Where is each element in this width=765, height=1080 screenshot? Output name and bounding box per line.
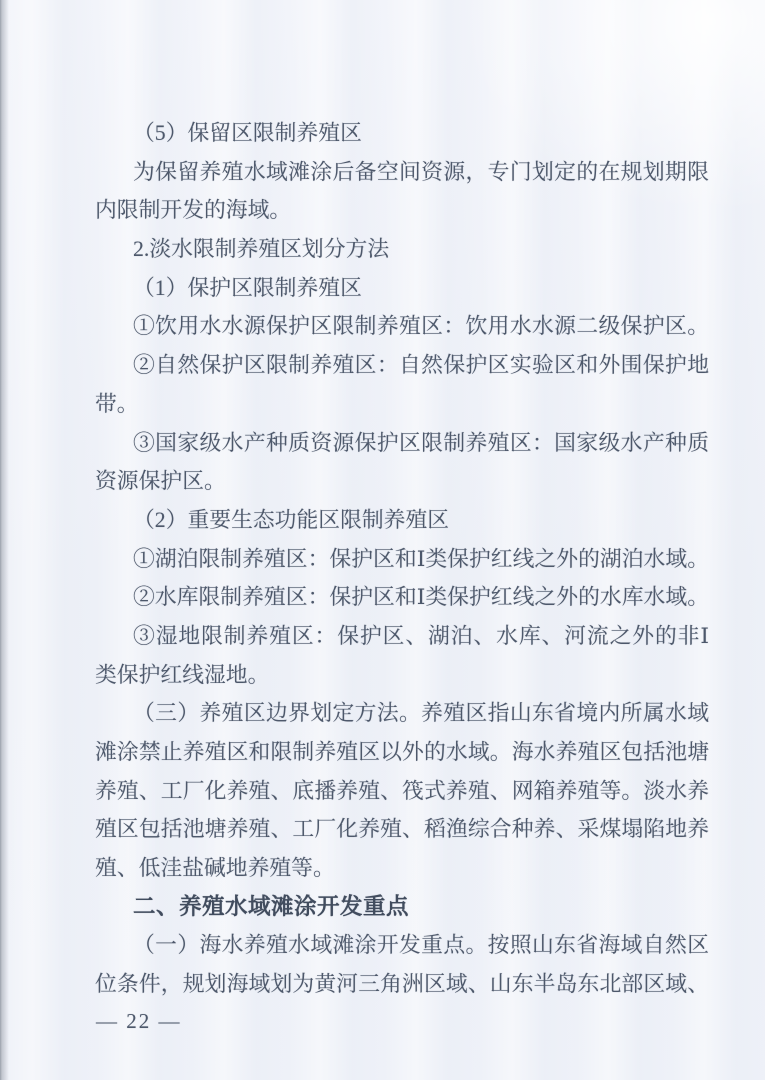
text-line: ①饮用水水源保护区限制养殖区：饮用水水源二级保护区。 [95,307,709,346]
text-line: 养殖、工厂化养殖、底播养殖、筏式养殖、网箱养殖等。淡水养 [95,772,709,811]
document-text: （5）保留区限制养殖区为保留养殖水域滩涂后备空间资源，专门划定的在规划期限内限制… [95,114,709,1004]
text-line: 资源保护区。 [95,462,709,501]
text-line: 内限制开发的海域。 [95,191,709,230]
page-number: — 22 — [96,1006,182,1036]
text-line: 位条件，规划海域划为黄河三角洲区域、山东半岛东北部区域、 [95,965,709,1004]
scan-left-edge [0,0,9,1080]
text-line: ③国家级水产种质资源保护区限制养殖区：国家级水产种质 [95,424,709,463]
text-line: （2）重要生态功能区限制养殖区 [95,501,709,540]
text-line: 殖、低洼盐碱地养殖等。 [95,849,709,888]
text-line: （三）养殖区边界划定方法。养殖区指山东省境内所属水域 [95,694,709,733]
text-line: 滩涂禁止养殖区和限制养殖区以外的水域。海水养殖区包括池塘 [95,733,709,772]
text-line: 带。 [95,385,709,424]
text-line: ①湖泊限制养殖区：保护区和Ⅰ类保护红线之外的湖泊水域。 [95,540,709,579]
text-line: ③湿地限制养殖区：保护区、湖泊、水库、河流之外的非Ⅰ [95,617,709,656]
text-line: ②水库限制养殖区：保护区和Ⅰ类保护红线之外的水库水域。 [95,578,709,617]
text-line: （一）海水养殖水域滩涂开发重点。按照山东省海域自然区 [95,926,709,965]
text-line: 2.淡水限制养殖区划分方法 [95,230,709,269]
text-line: ②自然保护区限制养殖区：自然保护区实验区和外围保护地 [95,346,709,385]
text-line: 为保留养殖水域滩涂后备空间资源，专门划定的在规划期限 [95,153,709,192]
text-line: （1）保护区限制养殖区 [95,269,709,308]
text-line: 殖区包括池塘养殖、工厂化养殖、稻渔综合种养、采煤塌陷地养 [95,810,709,849]
text-line: （5）保留区限制养殖区 [95,114,709,153]
scanned-page: { "colors": { "ink": "#4d586b", "paper":… [0,0,765,1080]
text-line: 类保护红线湿地。 [95,656,709,695]
section-heading: 二、养殖水域滩涂开发重点 [95,888,709,927]
